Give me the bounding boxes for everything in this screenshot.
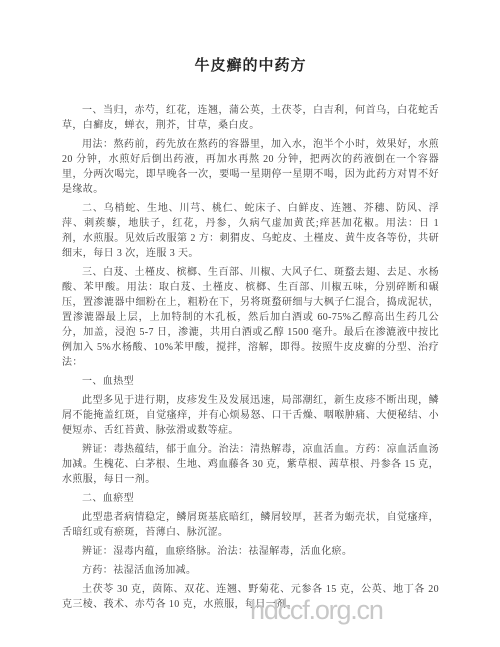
document-page: 牛皮癣的中药方 一、当归，赤芍，红花，连翘，蒲公英，土茯苓，白吉利，何首乌，白花… bbox=[0, 0, 500, 647]
document-body: 牛皮癣的中药方 一、当归，赤芍，红花，连翘，蒲公英，土茯苓，白吉利，何首乌，白花… bbox=[62, 55, 439, 616]
paragraph-blood-heat-symptoms: 此型多见于进行期，皮疹发生及发展迅速，局部潮红，新生皮疹不断出现，鳞屑不能掩盖红… bbox=[62, 393, 439, 438]
paragraph-recipe-3: 三、白芨、土槿皮、槟榔、生百部、川椒、大风子仁、斑蝥去翅、去足、水杨酸、苯甲酸。… bbox=[62, 265, 439, 370]
paragraph-recipe-1-ingredients: 一、当归，赤芍，红花，连翘，蒲公英，土茯苓，白吉利，何首乌，白花蛇舌草，白癣皮，… bbox=[62, 103, 439, 133]
paragraph-blood-stasis-formula: 方药：祛湿活血汤加减。 bbox=[62, 563, 439, 578]
paragraph-blood-heat-treatment: 辨证：毒热蕴结，郁于血分。治法：清热解毒，凉血活血。方药：凉血活血汤加减。生槐花… bbox=[62, 442, 439, 487]
page-title: 牛皮癣的中药方 bbox=[62, 55, 439, 77]
paragraph-blood-stasis-diagnosis: 辨证：湿毒内蕴，血瘀络脉。治法：祛湿解毒，活血化瘀。 bbox=[62, 544, 439, 559]
section-heading-blood-heat-type: 一、血热型 bbox=[62, 374, 439, 389]
paragraph-recipe-2: 二、乌梢蛇、生地、川芎、桃仁、蛇床子、白鲜皮、连翘、芥穗、防风、浮萍、刺蒺藜，地… bbox=[62, 201, 439, 261]
section-heading-blood-stasis-type: 二、血瘀型 bbox=[62, 491, 439, 506]
paragraph-blood-stasis-symptoms: 此型患者病情稳定，鳞屑斑基底暗红，鳞屑较厚，甚者为蛎壳状，自觉瘙痒，舌暗红或有瘀… bbox=[62, 510, 439, 540]
paragraph-recipe-1-usage: 用法：熬药前，药先放在熬药的容器里，加入水，泡半个小时，效果好，水煎 20 分钟… bbox=[62, 137, 439, 197]
site-watermark: hdccf.org.cn bbox=[250, 596, 383, 624]
